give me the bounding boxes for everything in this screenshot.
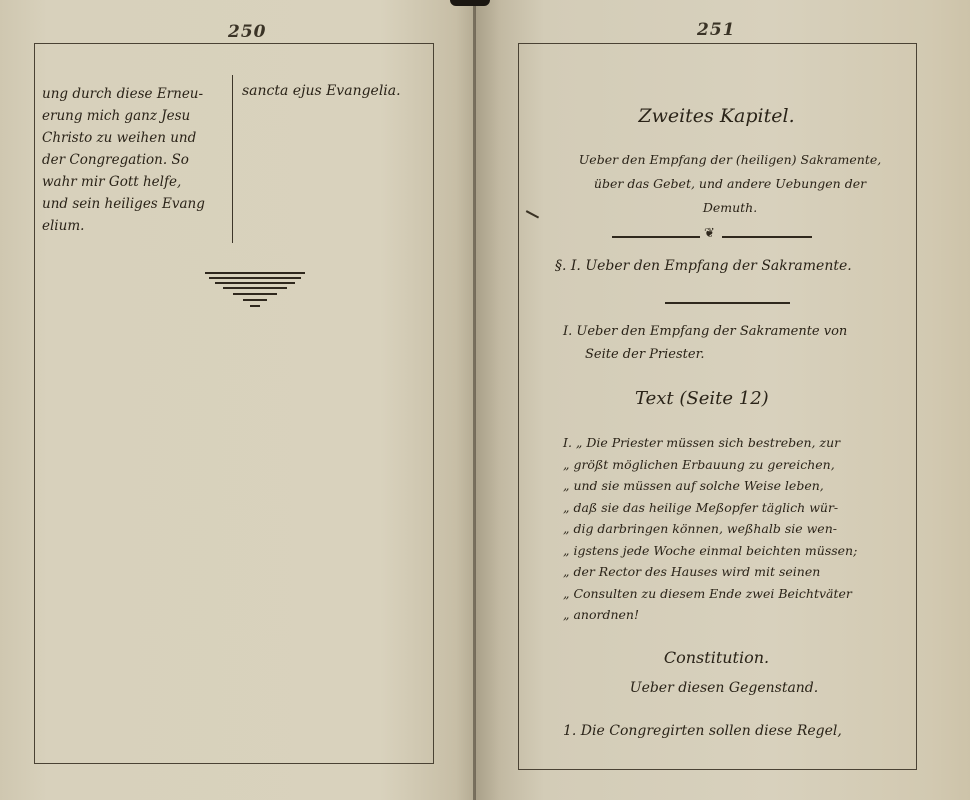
section-heading: §. I. Ueber den Empfang der Sakramente.	[555, 258, 852, 274]
fleuron-icon: ❦	[704, 226, 715, 241]
text-line: „ größt möglichen Erbauung zu gereichen,	[563, 454, 913, 476]
binding-shadow	[450, 0, 490, 6]
text-line: Seite der Priester.	[563, 343, 903, 366]
text-line: Demuth.	[560, 196, 900, 220]
text-line: „ daß sie das heilige Meßopfer täglich w…	[563, 497, 913, 519]
text-line: erung mich ganz Jesu	[42, 105, 222, 127]
text-line: I. „ Die Priester müssen sich bestreben,…	[563, 432, 913, 454]
subsection-heading: I. Ueber den Empfang der Sakramente von …	[563, 320, 903, 366]
fleuron-divider: ❦	[612, 232, 812, 242]
constitution-heading: Constitution.	[518, 648, 915, 667]
first-rule-text: 1. Die Congregirten sollen diese Regel,	[563, 723, 842, 739]
chapter-subtitle: Ueber den Empfang der (heiligen) Sakrame…	[560, 148, 900, 220]
text-line: „ anordnen!	[563, 604, 913, 626]
section-rule	[665, 302, 790, 304]
text-line: I. Ueber den Empfang der Sakramente von	[563, 320, 903, 343]
column-divider	[232, 75, 233, 243]
constitution-subheading: Ueber diesen Gegenstand.	[518, 680, 915, 696]
book-spread: 250 ung durch diese Erneu- erung mich ga…	[0, 0, 970, 800]
text-line: der Congregation. So	[42, 149, 222, 171]
page-number-left: 250	[228, 22, 267, 42]
right-column-text: sancta ejus Evangelia.	[242, 83, 401, 99]
rule-paragraph: I. „ Die Priester müssen sich bestreben,…	[563, 432, 913, 626]
book-gutter	[473, 0, 476, 800]
text-line: „ igstens jede Woche einmal beichten müs…	[563, 540, 913, 562]
text-line: „ dig darbringen können, weßhalb sie wen…	[563, 518, 913, 540]
text-line: Christo zu weihen und	[42, 127, 222, 149]
text-line: und sein heiliges Evang	[42, 193, 222, 215]
tailpiece-ornament	[205, 272, 305, 312]
left-page: 250 ung durch diese Erneu- erung mich ga…	[0, 0, 475, 800]
left-column-text: ung durch diese Erneu- erung mich ganz J…	[42, 83, 222, 237]
text-line: elium.	[42, 215, 222, 237]
page-number-right: 251	[697, 20, 736, 40]
text-line: ung durch diese Erneu-	[42, 83, 222, 105]
text-line: „ Consulten zu diesem Ende zwei Beichtvä…	[563, 583, 913, 605]
text-line: Ueber den Empfang der (heiligen) Sakrame…	[560, 148, 900, 172]
text-line: wahr mir Gott helfe,	[42, 171, 222, 193]
chapter-title: Zweites Kapitel.	[518, 105, 915, 127]
text-line: „ der Rector des Hauses wird mit seinen	[563, 561, 913, 583]
text-line: über das Gebet, und andere Uebungen der	[560, 172, 900, 196]
text-reference: Text (Seite 12)	[635, 388, 769, 409]
text-line: „ und sie müssen auf solche Weise leben,	[563, 475, 913, 497]
